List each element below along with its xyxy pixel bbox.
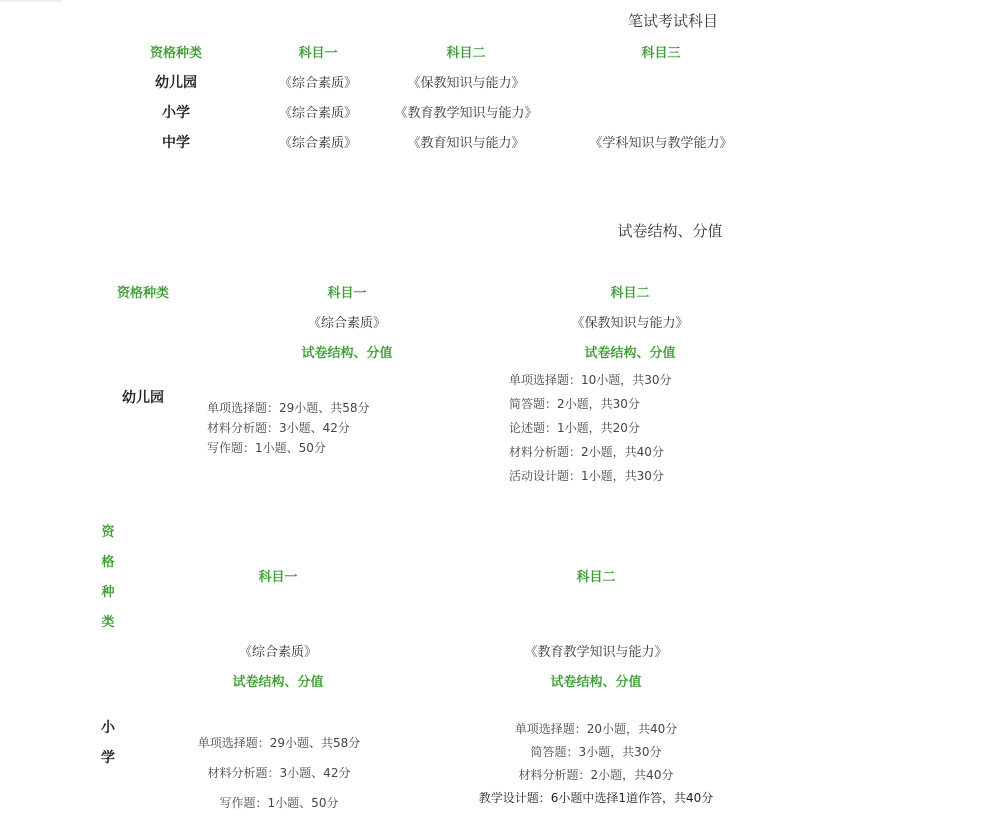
header-subject1: 科目一 (327, 286, 366, 302)
cell: 《保教知识与能力》 (407, 76, 524, 92)
structure-item: 材料分析题：3小题、42分 (208, 765, 351, 781)
structure-item: 活动设计题：1小题，共30分 (509, 468, 664, 484)
cell: 《综合素质》 (279, 136, 357, 152)
header-subject2: 科目二 (610, 286, 649, 302)
structure-label: 试卷结构、分值 (584, 346, 675, 362)
cell: 《学科知识与教学能力》 (589, 136, 732, 152)
level-kindergarten: 幼儿园 (122, 390, 164, 406)
structure-label: 试卷结构、分值 (301, 346, 392, 362)
subject-name: 《教育教学知识与能力》 (524, 645, 667, 661)
header-qualification: 资格种类 (150, 46, 202, 62)
subject-name: 《综合素质》 (308, 316, 386, 332)
header-qualification: 资格种类 (117, 286, 169, 302)
structure-item: 写作题：1小题、50分 (207, 440, 326, 456)
header-qualification-char: 类 (101, 615, 114, 631)
header-qualification-char: 资 (101, 525, 114, 541)
structure-label: 试卷结构、分值 (232, 675, 323, 691)
subject-name: 《保教知识与能力》 (571, 316, 688, 332)
structure-item: 材料分析题：3小题、42分 (207, 420, 350, 436)
level-primary: 小学 (162, 105, 190, 121)
cell: 《教育知识与能力》 (407, 136, 524, 152)
top-divider (0, 0, 62, 2)
structure-item: 材料分析题：2小题，共40分 (509, 444, 664, 460)
structure-item: 单项选择题：20小题，共40分 (515, 721, 678, 737)
header-subject1: 科目一 (258, 570, 297, 586)
structure-label: 试卷结构、分值 (550, 675, 641, 691)
structure-item: 论述题：1小题，共20分 (509, 420, 640, 436)
header-qualification-char: 格 (101, 555, 114, 571)
cell: 《教育教学知识与能力》 (394, 106, 537, 122)
structure-item: 单项选择题：29小题、共58分 (198, 735, 361, 751)
header-subject2: 科目二 (576, 570, 615, 586)
structure-item: 材料分析题：2小题，共40分 (519, 767, 674, 783)
header-subject3: 科目三 (641, 46, 680, 62)
level-kindergarten: 幼儿园 (155, 75, 197, 91)
cell: 《综合素质》 (279, 106, 357, 122)
header-qualification-char: 种 (101, 585, 114, 601)
cell: 《综合素质》 (279, 76, 357, 92)
structure-title: 试卷结构、分值 (617, 223, 722, 239)
header-subject1: 科目一 (298, 46, 337, 62)
header-subject2: 科目二 (446, 46, 485, 62)
structure-item: 单项选择题：29小题、共58分 (207, 400, 370, 416)
structure-item: 简答题：2小题，共30分 (509, 396, 640, 412)
structure-item: 教学设计题：6小题中选择1道作答，共40分 (479, 790, 714, 806)
subject-name: 《综合素质》 (239, 645, 317, 661)
level-middle: 中学 (162, 135, 190, 151)
structure-item: 单项选择题：10小题，共30分 (509, 372, 672, 388)
exam-subjects-title: 笔试考试科目 (628, 13, 718, 29)
structure-item: 简答题：3小题，共30分 (531, 744, 662, 760)
level-char: 小 (101, 720, 115, 736)
structure-item: 写作题：1小题、50分 (220, 795, 339, 811)
level-char: 学 (101, 750, 115, 766)
